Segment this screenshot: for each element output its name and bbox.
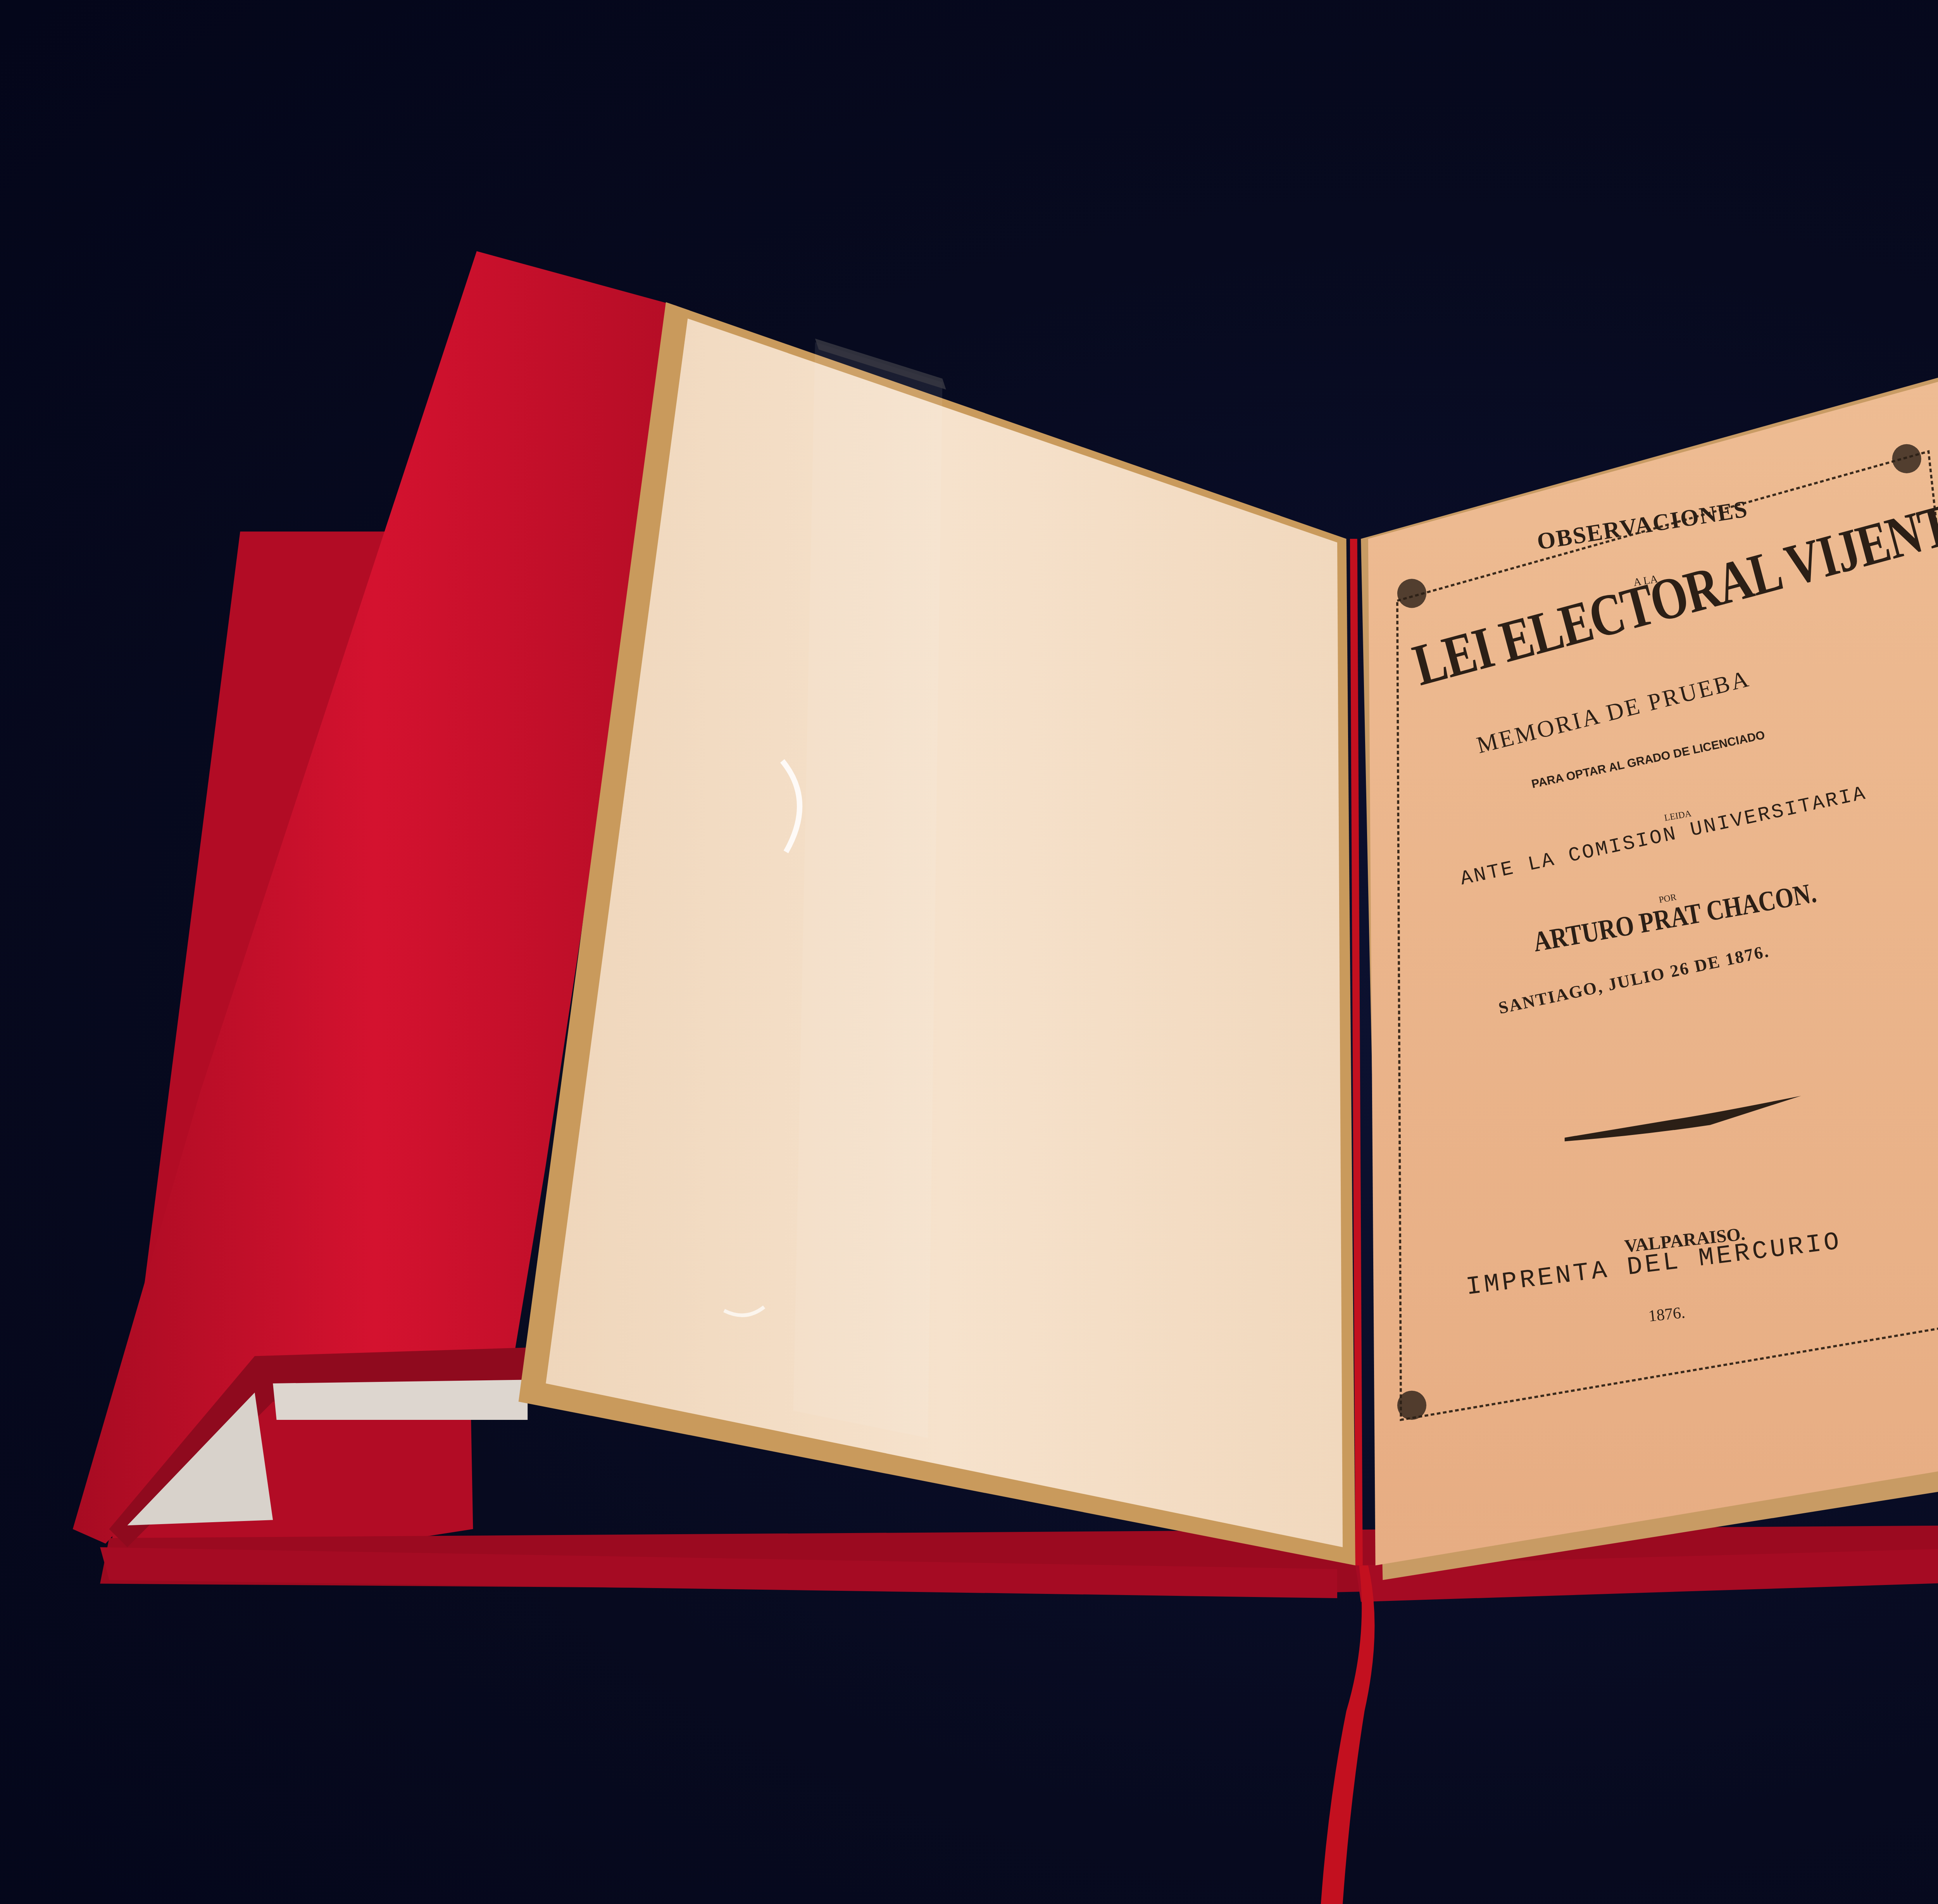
imprint-year: 1876.: [1647, 1303, 1686, 1325]
photo-scene: OBSERVACIONES A LA LEI ELECTORAL VIJENTE…: [0, 0, 1938, 1904]
display-cradle: [0, 0, 1938, 1904]
